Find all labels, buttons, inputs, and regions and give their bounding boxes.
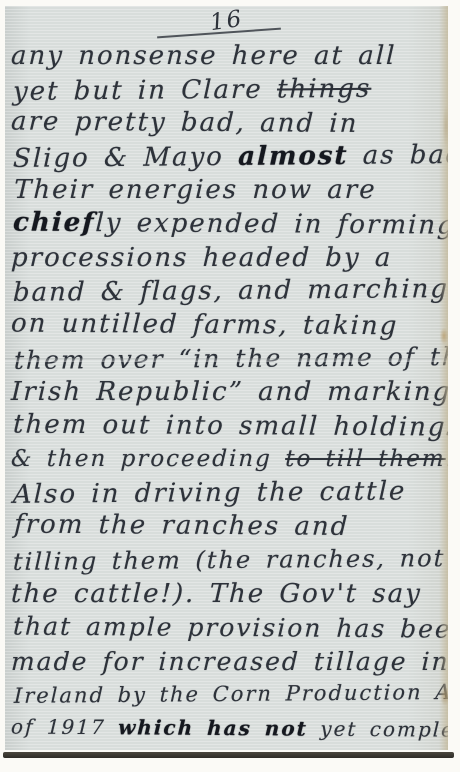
word-segment: yet but in Clare — [13, 74, 278, 106]
handwriting-line: chiefly expended in forming — [10, 206, 442, 243]
scan-bottom-shadow — [3, 752, 454, 758]
handwriting-line: of 1917 which has not yet completed. — [10, 710, 442, 747]
handwriting-line: band & flags, and marching — [11, 273, 443, 310]
word-segment: Their energies now are — [14, 175, 378, 205]
word-segment: on untilled farms, taking — [10, 308, 398, 341]
word-segment: almost — [238, 141, 349, 172]
handwriting-line: the cattle!). The Gov't say — [10, 578, 442, 612]
word-segment: Sligo & Mayo — [13, 142, 239, 174]
handwriting-line: Sligo & Mayo almost as bad. — [11, 139, 443, 176]
word-segment: from the ranches and — [13, 510, 350, 542]
handwriting-line: them out into small holdings — [10, 408, 442, 445]
handwriting-line: from the ranches and — [10, 509, 442, 546]
word-segment: & then proceeding — [11, 446, 286, 472]
handwriting-line: on untilled farms, taking — [10, 307, 442, 344]
word-segment: Corn Production Act — [212, 680, 448, 706]
word-segment: chief — [12, 207, 96, 238]
handwriting-line: Irish Republic” and marking — [10, 376, 442, 410]
page-number-row: 16 — [11, 8, 442, 40]
word-segment: tilling them (the ranches, not — [13, 544, 446, 576]
handwriting-line: Also in driving the cattle — [11, 475, 443, 512]
word-segment: processions headed by a — [11, 243, 393, 273]
word-segment: any nonsense here at all — [11, 41, 397, 71]
word-segment: as bad. — [348, 140, 448, 171]
word-segment: Irish Republic” and marking — [11, 377, 448, 407]
word-segment: ly expended in forming — [95, 208, 448, 241]
word-segment: Also in driving the cattle — [13, 476, 407, 509]
word-segment: of 1917 — [11, 714, 119, 739]
paper: 16 any nonsense here at allyet but in Cl… — [5, 6, 448, 750]
handwriting-lines: any nonsense here at allyet but in Clare… — [11, 40, 442, 745]
handwriting-line: them over “in the name of the — [11, 340, 443, 377]
handwriting-line: processions headed by a — [10, 242, 442, 276]
handwriting-line: that ample provision has been — [10, 610, 442, 647]
page-edge — [439, 6, 448, 750]
word-segment: Ireland by the — [14, 682, 213, 708]
handwriting-line: are pretty bad, and in — [10, 106, 442, 143]
handwriting-line: yet but in Clare things — [11, 72, 443, 109]
handwriting-line: Ireland by the Corn Production Act — [11, 676, 443, 713]
handwriting-line: made for increased tillage in — [10, 645, 442, 679]
scanned-page: 16 any nonsense here at allyet but in Cl… — [0, 0, 460, 772]
handwriting-line: any nonsense here at all — [10, 40, 442, 74]
word-segment: made for increased tillage in — [11, 647, 448, 676]
word-segment: them over “in the name of the — [14, 342, 448, 375]
struck-word: things — [277, 73, 372, 104]
word-segment: yet completed. — [307, 716, 448, 741]
word-segment: that ample provision has been — [12, 612, 448, 644]
struck-word: to till them — [285, 446, 446, 472]
word-segment: the cattle!). The Gov't say — [11, 579, 423, 609]
handwriting-line: & then proceeding to till them. — [10, 443, 442, 477]
word-segment: which has not — [118, 715, 309, 740]
word-segment: them out into small holdings — [12, 409, 448, 442]
word-segment: band & flags, and marching — [13, 274, 448, 308]
word-segment: are pretty bad, and in — [10, 107, 359, 139]
handwriting-line: tilling them (the ranches, not — [11, 542, 443, 579]
handwriting-line: Their energies now are — [10, 174, 442, 208]
